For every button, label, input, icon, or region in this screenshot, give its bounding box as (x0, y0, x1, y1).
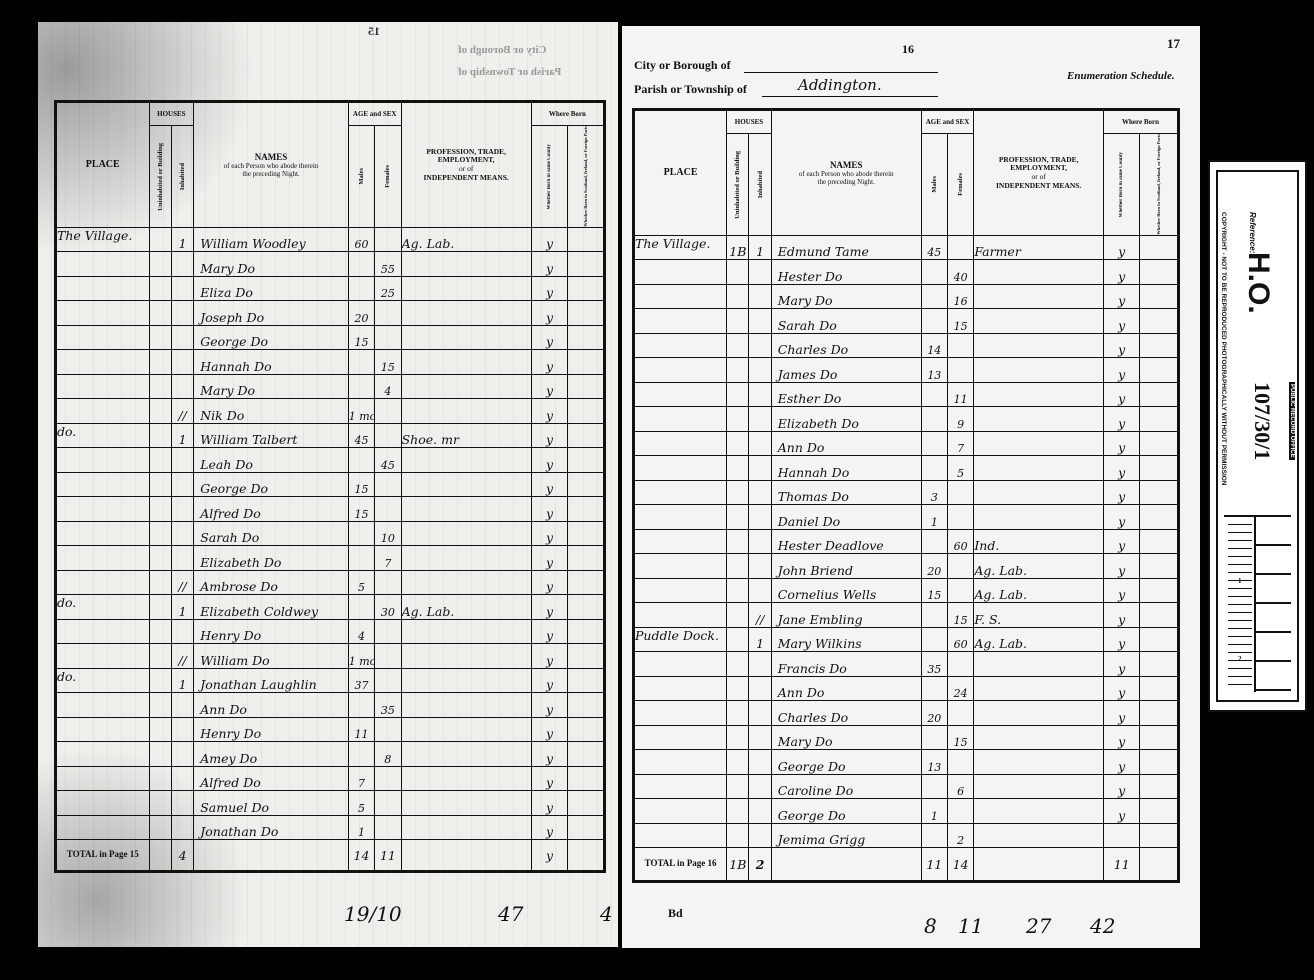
row-born-same-county: y (1103, 431, 1139, 456)
row-profession (401, 325, 531, 350)
row-born-elsewhere (1140, 309, 1179, 334)
total-profession (401, 840, 531, 872)
row-born-elsewhere (1140, 431, 1179, 456)
row-born-same-county: y (531, 815, 568, 840)
corner-page-number: 17 (1167, 36, 1180, 52)
row-name: Ann Do (194, 693, 349, 718)
row-inhabited (171, 766, 193, 791)
row-name: George Do (771, 750, 921, 775)
row-born-same-county: y (531, 374, 568, 399)
row-female-age (947, 750, 973, 775)
total-females: 11 (375, 840, 401, 872)
row-female-age: 35 (375, 693, 401, 718)
col-header-females: Females (947, 134, 973, 236)
row-born-same-county: y (1103, 480, 1139, 505)
row-female-age (375, 399, 401, 424)
row-male-age (921, 431, 947, 456)
row-male-age: 1 month (348, 399, 374, 424)
row-female-age: 25 (375, 276, 401, 301)
row-profession (401, 644, 531, 669)
row-male-age (921, 284, 947, 309)
row-place (56, 521, 150, 546)
row-profession: F. S. (974, 603, 1104, 628)
row-inhabited (749, 260, 771, 285)
row-profession (974, 652, 1104, 677)
row-uninhabited (149, 546, 171, 571)
left-census-page: 15 City or Borough of Parish or Township… (38, 22, 618, 947)
row-female-age (947, 701, 973, 726)
row-place (56, 350, 150, 375)
row-born-elsewhere (1140, 480, 1179, 505)
row-female-age: 40 (947, 260, 973, 285)
ruler-inch-label: 2 (1238, 655, 1242, 663)
row-born-elsewhere (1140, 823, 1179, 848)
row-name: William Woodley (194, 227, 349, 252)
row-place (634, 358, 727, 383)
row-name: Amey Do (194, 742, 349, 767)
total-males: 14 (348, 840, 374, 872)
row-name: Charles Do (771, 333, 921, 358)
row-female-age: 24 (947, 676, 973, 701)
row-profession (974, 382, 1104, 407)
row-inhabited (749, 725, 771, 750)
total-same-county: 11 (1103, 848, 1139, 882)
row-born-elsewhere (568, 570, 605, 595)
row-male-age: 45 (348, 423, 374, 448)
total-uninhabited: 1B (727, 848, 749, 882)
row-uninhabited (727, 578, 749, 603)
census-table-left: PLACE HOUSES NAMES of each Person who ab… (54, 100, 606, 873)
table-row: George Do15y (56, 325, 605, 350)
table-row: Cornelius Wells15Ag. Lab.y (634, 578, 1179, 603)
total-foreign (568, 840, 605, 872)
row-born-same-county: y (531, 448, 568, 473)
table-row: do.1Jonathan Laughlin37y (56, 668, 605, 693)
row-place (634, 676, 727, 701)
row-place (634, 701, 727, 726)
row-female-age (947, 358, 973, 383)
office-label: PUBLIC RECORD OFFICE (1289, 382, 1295, 460)
row-inhabited: 1 (171, 227, 193, 252)
total-names (194, 840, 349, 872)
row-name: Mary Do (771, 284, 921, 309)
row-male-age (348, 546, 374, 571)
row-inhabited (171, 497, 193, 522)
row-female-age: 60 (947, 529, 973, 554)
piece-number: 107/30/1 (1249, 382, 1275, 460)
row-male-age (921, 603, 947, 628)
row-female-age (375, 791, 401, 816)
total-label: TOTAL in Page 16 (634, 848, 727, 882)
row-uninhabited (149, 521, 171, 546)
row-female-age (947, 235, 973, 260)
row-born-same-county: y (1103, 554, 1139, 579)
total-females: 14 (947, 848, 973, 882)
total-uninhabited (149, 840, 171, 872)
row-born-elsewhere (1140, 260, 1179, 285)
col-header-where-born: Where Born (531, 102, 604, 126)
row-inhabited (171, 325, 193, 350)
row-born-same-county: y (1103, 456, 1139, 481)
row-place (56, 374, 150, 399)
row-born-elsewhere (1140, 456, 1179, 481)
row-born-elsewhere (568, 472, 605, 497)
row-uninhabited (727, 652, 749, 677)
reference-label: Reference:- (1248, 212, 1257, 256)
row-place (56, 497, 150, 522)
col-header-where-born: Where Born (1103, 110, 1178, 134)
row-born-same-county: y (531, 791, 568, 816)
col-header-uninhabited: Uninhabited or Building (149, 126, 171, 228)
row-inhabited (749, 505, 771, 530)
row-place (634, 382, 727, 407)
row-place: The Village. (634, 235, 727, 260)
table-row: Jonathan Do1y (56, 815, 605, 840)
row-place: The Village. (56, 227, 150, 252)
col-header-place: PLACE (634, 110, 727, 236)
total-foreign (1140, 848, 1179, 882)
row-male-age (348, 350, 374, 375)
row-uninhabited: 1B (727, 235, 749, 260)
row-uninhabited (727, 480, 749, 505)
row-uninhabited (727, 407, 749, 432)
row-profession (974, 333, 1104, 358)
row-inhabited: // (749, 603, 771, 628)
row-female-age (375, 497, 401, 522)
row-uninhabited (149, 325, 171, 350)
row-born-elsewhere (1140, 554, 1179, 579)
row-born-same-county: y (1103, 529, 1139, 554)
total-row: TOTAL in Page 16 1B 2 11 14 11 (634, 848, 1179, 882)
row-born-elsewhere (568, 448, 605, 473)
table-row: Ann Do35y (56, 693, 605, 718)
row-male-age: 15 (348, 325, 374, 350)
row-name: Jane Embling (771, 603, 921, 628)
row-uninhabited (149, 815, 171, 840)
row-born-same-county: y (1103, 284, 1139, 309)
row-born-same-county: y (531, 227, 568, 252)
row-inhabited (749, 652, 771, 677)
row-uninhabited (727, 750, 749, 775)
row-name: Mary Do (771, 725, 921, 750)
table-row: Alfred Do7y (56, 766, 605, 791)
row-born-elsewhere (1140, 505, 1179, 530)
row-name: Francis Do (771, 652, 921, 677)
table-row: Sarah Do10y (56, 521, 605, 546)
total-inhabited: 2 (749, 848, 771, 882)
row-name: Elizabeth Do (771, 407, 921, 432)
row-name: Samuel Do (194, 791, 349, 816)
row-place (56, 619, 150, 644)
below-table-label: Bd (668, 906, 683, 921)
table-row: Amey Do8y (56, 742, 605, 767)
row-name: Jonathan Do (194, 815, 349, 840)
col-header-names: NAMES of each Person who abode therein t… (771, 110, 921, 236)
row-name: Henry Do (194, 717, 349, 742)
row-uninhabited (149, 350, 171, 375)
row-profession (974, 407, 1104, 432)
row-born-elsewhere (568, 742, 605, 767)
row-born-elsewhere (1140, 333, 1179, 358)
row-born-elsewhere (568, 423, 605, 448)
row-profession (401, 546, 531, 571)
row-born-elsewhere (568, 668, 605, 693)
row-uninhabited (727, 284, 749, 309)
row-female-age: 16 (947, 284, 973, 309)
row-born-same-county: y (1103, 382, 1139, 407)
row-female-age: 4 (375, 374, 401, 399)
row-inhabited: // (171, 644, 193, 669)
row-female-age: 5 (947, 456, 973, 481)
row-inhabited: 1 (171, 423, 193, 448)
row-female-age (947, 578, 973, 603)
row-name: Sarah Do (771, 309, 921, 334)
row-born-elsewhere (568, 521, 605, 546)
row-profession (401, 374, 531, 399)
row-male-age (348, 252, 374, 277)
row-born-elsewhere (1140, 529, 1179, 554)
table-row: John Briend20Ag. Lab.y (634, 554, 1179, 579)
row-born-same-county: y (531, 276, 568, 301)
row-profession (974, 358, 1104, 383)
row-born-same-county: y (1103, 309, 1139, 334)
row-female-age: 15 (375, 350, 401, 375)
row-male-age (921, 725, 947, 750)
row-profession (401, 619, 531, 644)
row-inhabited (749, 407, 771, 432)
mirror-city-label: City or Borough of (458, 44, 547, 56)
row-place (634, 578, 727, 603)
table-row: Joseph Do20y (56, 301, 605, 326)
row-name: Hester Deadlove (771, 529, 921, 554)
row-female-age (375, 619, 401, 644)
row-profession (401, 448, 531, 473)
row-profession (401, 497, 531, 522)
table-row: James Do13y (634, 358, 1179, 383)
row-inhabited (171, 252, 193, 277)
row-place (56, 472, 150, 497)
row-name: Ann Do (771, 431, 921, 456)
col-header-males: Males (921, 134, 947, 236)
row-name: Elizabeth Coldwey (194, 595, 349, 620)
row-uninhabited (149, 276, 171, 301)
row-born-same-county: y (1103, 505, 1139, 530)
table-row: Daniel Do1y (634, 505, 1179, 530)
row-place (634, 554, 727, 579)
total-inhabited: 4 (171, 840, 193, 872)
row-born-elsewhere (568, 595, 605, 620)
row-uninhabited (149, 742, 171, 767)
copyright-notice: COPYRIGHT - NOT TO BE REPRODUCED PHOTOGR… (1220, 212, 1227, 486)
row-profession (974, 750, 1104, 775)
row-born-elsewhere (1140, 578, 1179, 603)
row-female-age: 15 (947, 309, 973, 334)
bottom-note: 4 (600, 902, 613, 926)
row-profession: Farmer (974, 235, 1104, 260)
row-born-elsewhere (568, 497, 605, 522)
row-male-age: 15 (348, 472, 374, 497)
row-inhabited (749, 333, 771, 358)
table-row: //Ambrose Do5y (56, 570, 605, 595)
row-profession (974, 701, 1104, 726)
ruler-inch-label: 1 (1238, 577, 1242, 585)
row-born-elsewhere (568, 399, 605, 424)
row-inhabited (749, 774, 771, 799)
row-name: William Talbert (194, 423, 349, 448)
row-profession: Ag. Lab. (974, 627, 1104, 652)
row-male-age: 1 month (348, 644, 374, 669)
census-rows-left: The Village.1William Woodley60Ag. Lab.yM… (56, 227, 605, 840)
row-place: do. (56, 668, 150, 693)
row-name: Hannah Do (194, 350, 349, 375)
row-uninhabited (727, 358, 749, 383)
row-inhabited (171, 276, 193, 301)
table-row: Samuel Do5y (56, 791, 605, 816)
row-uninhabited (727, 431, 749, 456)
table-row: Henry Do11y (56, 717, 605, 742)
row-born-same-county: y (531, 570, 568, 595)
row-female-age (947, 505, 973, 530)
row-place (634, 480, 727, 505)
row-name: Leah Do (194, 448, 349, 473)
row-place (634, 456, 727, 481)
table-row: Elizabeth Do7y (56, 546, 605, 571)
row-name: Edmund Tame (771, 235, 921, 260)
row-place (634, 725, 727, 750)
row-name: Hester Do (771, 260, 921, 285)
row-born-elsewhere (568, 325, 605, 350)
row-inhabited (171, 374, 193, 399)
row-name: Elizabeth Do (194, 546, 349, 571)
row-born-same-county: y (531, 766, 568, 791)
row-female-age (375, 227, 401, 252)
total-names (771, 848, 921, 882)
row-born-elsewhere (1140, 235, 1179, 260)
row-female-age: 6 (947, 774, 973, 799)
row-male-age: 15 (348, 497, 374, 522)
row-uninhabited (149, 619, 171, 644)
row-inhabited (749, 284, 771, 309)
row-name: Hannah Do (771, 456, 921, 481)
row-born-same-county: y (531, 668, 568, 693)
row-name: Ann Do (771, 676, 921, 701)
row-inhabited (749, 823, 771, 848)
row-female-age (947, 333, 973, 358)
col-header-uninhabited: Uninhabited or Building (727, 134, 749, 236)
archive-reference-strip: Reference:- H.O. 107/30/1 COPYRIGHT - NO… (1208, 160, 1307, 712)
row-male-age (348, 374, 374, 399)
row-name: Henry Do (194, 619, 349, 644)
row-female-age (947, 554, 973, 579)
row-profession (974, 799, 1104, 824)
row-born-same-county: y (531, 350, 568, 375)
row-uninhabited (727, 309, 749, 334)
row-uninhabited (727, 799, 749, 824)
table-row: Mary Do4y (56, 374, 605, 399)
row-born-same-county: y (1103, 750, 1139, 775)
cm-ticks (1256, 517, 1291, 692)
table-row: Hester Deadlove60Ind.y (634, 529, 1179, 554)
row-born-elsewhere (568, 227, 605, 252)
table-row: The Village.1B1Edmund Tame45Farmery (634, 235, 1179, 260)
row-inhabited (171, 472, 193, 497)
row-uninhabited (149, 423, 171, 448)
table-row: Elizabeth Do9y (634, 407, 1179, 432)
row-name: Alfred Do (194, 497, 349, 522)
row-male-age (348, 693, 374, 718)
table-row: George Do1y (634, 799, 1179, 824)
row-name: Charles Do (771, 701, 921, 726)
row-inhabited (171, 717, 193, 742)
row-male-age (921, 823, 947, 848)
row-female-age: 45 (375, 448, 401, 473)
row-inhabited (749, 676, 771, 701)
row-profession (974, 456, 1104, 481)
row-profession (974, 284, 1104, 309)
right-census-page: 16 17 City or Borough of Parish or Towns… (622, 26, 1200, 948)
row-male-age (921, 529, 947, 554)
row-uninhabited (727, 260, 749, 285)
row-place (634, 823, 727, 848)
table-row: Leah Do45y (56, 448, 605, 473)
row-inhabited (171, 619, 193, 644)
row-male-age: 15 (921, 578, 947, 603)
bottom-note: 42 (1090, 914, 1115, 938)
row-inhabited: 1 (171, 668, 193, 693)
row-female-age: 15 (947, 603, 973, 628)
row-born-same-county: y (1103, 333, 1139, 358)
row-place: do. (56, 423, 150, 448)
row-profession: Ag. Lab. (974, 554, 1104, 579)
row-inhabited: // (171, 570, 193, 595)
row-name: Sarah Do (194, 521, 349, 546)
row-place (56, 717, 150, 742)
row-born-elsewhere (1140, 603, 1179, 628)
col-header-males: Males (348, 126, 374, 228)
row-place (634, 603, 727, 628)
row-male-age: 14 (921, 333, 947, 358)
col-header-born-same-county: Whether Born in same County (531, 126, 568, 228)
row-inhabited: // (171, 399, 193, 424)
row-inhabited (749, 750, 771, 775)
row-place (634, 431, 727, 456)
row-male-age (348, 276, 374, 301)
row-profession: Shoe. mr (401, 423, 531, 448)
row-place: do. (56, 595, 150, 620)
row-born-same-county: y (531, 619, 568, 644)
row-uninhabited (149, 693, 171, 718)
row-name: Ambrose Do (194, 570, 349, 595)
row-place (56, 448, 150, 473)
row-male-age: 13 (921, 358, 947, 383)
row-name: Alfred Do (194, 766, 349, 791)
row-profession (974, 823, 1104, 848)
table-row: Alfred Do15y (56, 497, 605, 522)
row-profession (974, 431, 1104, 456)
row-name: William Do (194, 644, 349, 669)
scale-ruler: 1 2 (1224, 515, 1291, 692)
row-inhabited (171, 791, 193, 816)
row-born-elsewhere (568, 350, 605, 375)
row-born-same-county: y (1103, 725, 1139, 750)
row-female-age (375, 472, 401, 497)
table-row: Henry Do4y (56, 619, 605, 644)
row-uninhabited (727, 456, 749, 481)
row-male-age: 20 (921, 554, 947, 579)
row-profession (401, 301, 531, 326)
row-inhabited (171, 693, 193, 718)
row-female-age (375, 570, 401, 595)
